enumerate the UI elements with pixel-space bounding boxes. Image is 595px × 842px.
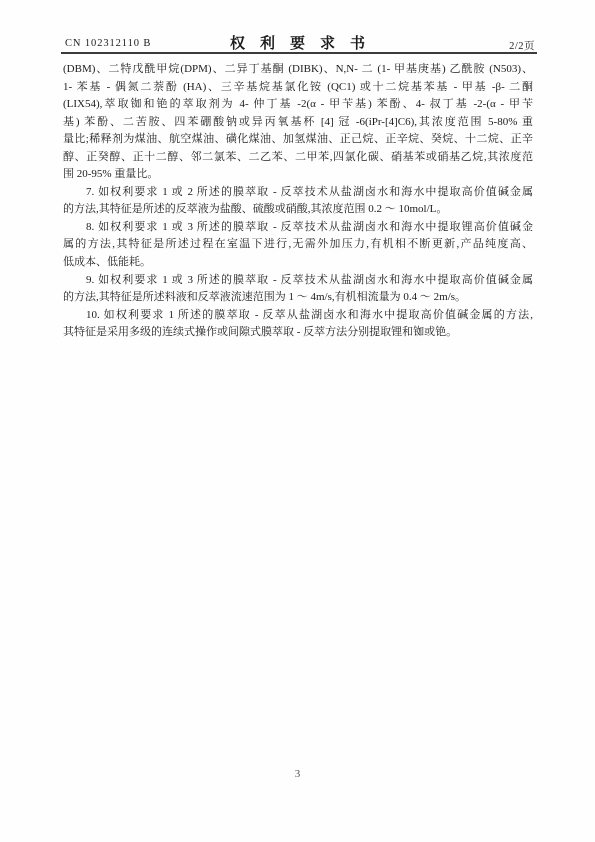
claims-text-block: (DBM)、二特戊酰甲烷(DPM)、二异丁基酮 (DIBK)、N,N- 二 (1… [63,61,533,342]
claims-line: 的方法,其特征是所述的反萃液为盐酸、硫酸或硝酸,其浓度范围 0.2 ～ 10mo… [63,201,533,219]
claims-line-claim-8: 8. 如权利要求 1 或 3 所述的膜萃取 - 反萃技术从盐湖卤水和海水中提取锂… [63,219,533,237]
claims-line: 低成本、低能耗。 [63,254,533,272]
claims-line: 量比;稀释剂为煤油、航空煤油、磺化煤油、加氢煤油、正己烷、正辛烷、癸烷、十二烷、… [63,131,533,149]
claims-line: 醇、正癸醇、正十二醇、邻二氯苯、二乙苯、二甲苯,四氯化碳、硝基苯或硝基乙烷,其浓… [63,149,533,167]
claims-line-claim-10: 10. 如权利要求 1 所述的膜萃取 - 反萃从盐湖卤水和海水中提取高价值碱金属… [63,307,533,325]
page-title: 权利要求书 [0,32,595,53]
claims-line-claim-9: 9. 如权利要求 1 或 3 所述的膜萃取 - 反萃技术从盐湖卤水和海水中提取高… [63,272,533,290]
claims-line: 基) 苯酚、二苦胺、四苯硼酸钠或异丙氧基杯 [4] 冠 -6(iPr-[4]C6… [63,114,533,132]
claims-line: 属的方法,其特征是所述过程在室温下进行,无需外加压力,有机相不断更新,产品纯度高… [63,236,533,254]
claims-line: (DBM)、二特戊酰甲烷(DPM)、二异丁基酮 (DIBK)、N,N- 二 (1… [63,61,533,79]
claims-line: 的方法,其特征是所述料液和反萃液流速范围为 1 ～ 4m/s,有机相流量为 0.… [63,289,533,307]
page-indicator: 2/2页 [509,38,535,53]
claims-line: (LIX54),萃取铷和铯的萃取剂为 4- 仲丁基 -2(α - 甲苄基) 苯酚… [63,96,533,114]
claims-line: 其特征是采用多级的连续式操作或间隙式膜萃取 - 反萃方法分别提取锂和铷或铯。 [63,324,533,342]
claims-line: 1- 苯基 - 偶氮二萘酚 (HA)、三辛基烷基氯化铵 (QC1) 或十二烷基苯… [63,79,533,97]
claims-line-claim-7: 7. 如权利要求 1 或 2 所述的膜萃取 - 反萃技术从盐湖卤水和海水中提取高… [63,184,533,202]
patent-claims-page: CN 102312110 B 权利要求书 2/2页 (DBM)、二特戊酰甲烷(D… [0,0,595,842]
claims-line: 围 20-95% 重量比。 [63,166,533,184]
footer-page-number: 3 [0,768,595,780]
header-divider [61,52,537,54]
